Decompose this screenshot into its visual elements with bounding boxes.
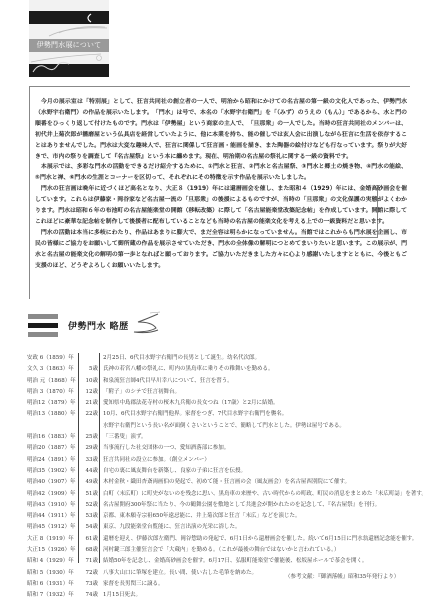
age: 5歳 <box>79 364 98 375</box>
timeline-row: 明治 3（1870）年12歳「附子」のシテで狂言初舞台。 <box>27 387 422 398</box>
timeline-row: 明治44（1911）年53歳京都、東本願寺宗祖650年遠忌能に、井上菊次郎と狂言… <box>27 511 422 522</box>
header-bar <box>28 332 58 337</box>
biography-timeline: 安政 6（1859）年2月25日、6代目水野宇右衛門の長男として誕生。幼名代次郎… <box>27 353 422 600</box>
timeline-row: 明治16（1883）年25歳「三番叟」演ず。 <box>27 432 422 443</box>
age: 29歳 <box>79 443 98 454</box>
era: 昭和 4（1929）年 <box>27 556 77 567</box>
era: 明治45（1912）年 <box>27 522 77 533</box>
age: 71歳 <box>79 556 98 567</box>
age: 25歳 <box>79 432 98 443</box>
event: 狂言共同社の設立に参加。（創立メンバー） <box>103 455 423 466</box>
section-header-badge: 伊勢門水展について <box>29 0 109 77</box>
frame-divider <box>29 86 174 88</box>
timeline-row: 明治12（1879）年21歳愛知県中島郡法花寺村の桜木九兵衛の長女つね（17歳）… <box>27 398 422 409</box>
timeline-row: 大正15（1926）年68歳河村鍵三郎主催狂言会で「大蔵内」を勤める。（これが最… <box>27 545 422 556</box>
era: 安政 6（1859）年 <box>27 353 77 364</box>
timeline-row: 明治40（1907）年49歳木村金秋・織田杏斎両画伯の発起で、初めて能・狂言画の… <box>27 477 422 488</box>
era: 明治16（1883）年 <box>27 432 77 443</box>
timeline-row: 文久 3（1863）年5歳氏神の若宮八幡の祭礼に、町内の黒鳥車に乗りその稚舞いを… <box>27 364 422 375</box>
era: 明治 元（1868）年 <box>27 376 77 387</box>
timeline-row: 明治20（1887）年29歳当事流行した社交団体の一つ、愛知酒落部に参加。 <box>27 443 422 454</box>
timeline-row: 昭和 4（1929）年71歳結婚50年を記念し、金婚高砂画会を催す。6月17日、… <box>27 556 422 567</box>
event: 木村金秋・織田杏斎両画伯の発起で、初めて能・狂言画の会（風友画会）を名古屋西別院… <box>103 477 423 488</box>
intro-text: 今月の展示室は「特別展」として、狂言共同社の創立者の一人で、明治から昭和にかけて… <box>35 97 407 272</box>
age: 33歳 <box>79 455 98 466</box>
timeline-row: 安政 6（1859）年2月25日、6代目水野宇右衛門の長男として誕生。幼名代次郎… <box>27 353 422 364</box>
age: 74歳 <box>79 590 98 600</box>
age: 52歳 <box>79 500 98 511</box>
age: 61歳 <box>79 534 98 545</box>
era: 昭和 6（1931）年 <box>27 579 77 590</box>
timeline-row: 昭和 6（1931）年73歳家督を長男閏三に譲る。 <box>27 579 422 590</box>
event: 愛知県中島郡法花寺村の桜木九兵衛の長女つね（17歳）と2月に結婚。 <box>103 398 423 409</box>
event: 自宅の裏に風友舞台を新築し、良家の子弟に狂言を伝授。 <box>103 466 423 477</box>
era: 昭和 5（1930）年 <box>27 568 77 579</box>
event: 結婚50年を記念し、金婚高砂画会を催す。6月17日、弘服町能楽堂で催能後、松坂屋… <box>103 556 423 567</box>
event: 2月25日、6代目水野宇右衛門の長男として誕生。幼名代次郎。 <box>103 353 423 364</box>
age: 10歳 <box>79 376 98 387</box>
era: 大正 8（1919）年 <box>27 534 77 545</box>
age: 54歳 <box>79 522 98 533</box>
era: 明治 3（1870）年 <box>27 387 77 398</box>
event: 氏神の若宮八幡の祭礼に、町内の黒鳥車に乗りその稚舞いを勤める。 <box>103 364 423 375</box>
event: 白町（末広町）に町史がないのを残念に思い、黒鳥車の来歴や、古い時代からの町政、町… <box>103 489 423 500</box>
intro-paragraph: 今月の展示室は「特別展」として、狂言共同社の創立者の一人で、明治から昭和にかけて… <box>35 97 407 162</box>
era: 明治44（1911）年 <box>27 511 77 522</box>
intro-paragraph: 本展示では、多彩な門水の活動をできるだけ紹介するために、①門水と狂言、②門水と名… <box>35 162 407 184</box>
age: 22歳 <box>79 409 98 420</box>
age: 73歳 <box>79 579 98 590</box>
age: 49歳 <box>79 477 98 488</box>
timeline-row: 明治42（1909）年51歳白町（末広町）に町史がないのを残念に思い、黒鳥車の来… <box>27 489 422 500</box>
era: 明治40（1907）年 <box>27 477 77 488</box>
era: 明治13（1880）年 <box>27 409 77 420</box>
swirl-ornament-icon <box>128 310 178 340</box>
event: 「三番叟」演ず。 <box>103 432 423 443</box>
age: 72歳 <box>79 568 98 579</box>
biography-header: 伊勢門水 略歴 <box>28 312 228 342</box>
era: 明治20（1887）年 <box>27 443 77 454</box>
era: 大正15（1926）年 <box>27 545 77 556</box>
biography-title: 伊勢門水 略歴 <box>68 319 129 332</box>
wave-ornament-icon <box>29 0 109 77</box>
event: 「附子」のシテで狂言初舞台。 <box>103 387 423 398</box>
timeline-row: 昭和 7（1932）年74歳1月15日死去。 <box>27 590 422 600</box>
era: 昭和 7（1932）年 <box>27 590 77 600</box>
timeline-row: 水野宇右衛門という長い名が面倒くさいということで、簡略して門水とした。伊勢は屋号… <box>27 421 422 432</box>
intro-paragraph: 門水の狂言画は晩年に近づくほど高名となり、大正８（1919）年には還暦画会を催し… <box>35 184 407 228</box>
event: 当事流行した社交団体の一つ、愛知酒落部に参加。 <box>103 443 423 454</box>
event: 名古屋開府300年祭に当たり、今の鶴舞公園を敷地として共進会が開かれたのを記念し… <box>103 500 423 511</box>
timeline-row: 明治45（1912）年54歳東京、九段能楽堂台覧能に、狂言出演の光栄に浴した。 <box>27 522 422 533</box>
timeline-row: 大正 8（1919）年61歳還暦を迎え、伊藤次郎左衛門、岡谷惣助の発起で、6月1… <box>27 534 422 545</box>
event: 1月15日死去。 <box>103 590 423 600</box>
era: 明治12（1879）年 <box>27 398 77 409</box>
event: 家督を長男閏三に譲る。 <box>103 579 423 590</box>
era: 明治43（1910）年 <box>27 500 77 511</box>
timeline-row: 明治24（1891）年33歳狂言共同社の設立に参加。（創立メンバー） <box>27 455 422 466</box>
event: 東京、九段能楽堂台覧能に、狂言出演の光栄に浴した。 <box>103 522 423 533</box>
age: 51歳 <box>79 489 98 500</box>
era: 明治24（1891）年 <box>27 455 77 466</box>
timeline-row: 明治35（1902）年44歳自宅の裏に風友舞台を新築し、良家の子弟に狂言を伝授。 <box>27 466 422 477</box>
age: 12歳 <box>79 387 98 398</box>
reference-note: （参考文献：『御酒落帳』昭和35年発行より） <box>285 572 399 580</box>
intro-paragraph: 門水の活動は本当に多岐にわたり、作品はあまりに膨大で、まだ全容は明らかになってい… <box>35 228 407 272</box>
age: 68歳 <box>79 545 98 556</box>
age: 44歳 <box>79 466 98 477</box>
timeline-row: 明治 元（1868）年10歳和泉流狂言師4代目早川幸八について、狂言を習う。 <box>27 376 422 387</box>
header-bar <box>28 323 58 328</box>
event: 京都、東本願寺宗祖650年遠忌能に、井上菊次郎と狂言「末広」などを演じた。 <box>103 511 423 522</box>
era: 明治35（1902）年 <box>27 466 77 477</box>
era: 明治42（1909）年 <box>27 489 77 500</box>
event: 河村鍵三郎主催狂言会で「大蔵内」を勤める。（これが最後の舞台ではないかと言われて… <box>103 545 423 556</box>
event: 和泉流狂言師4代目早川幸八について、狂言を習う。 <box>103 376 423 387</box>
timeline-row: 明治43（1910）年52歳名古屋開府300年祭に当たり、今の鶴舞公園を敷地とし… <box>27 500 422 511</box>
header-bar <box>28 314 58 319</box>
event: 還暦を迎え、伊藤次郎左衛門、岡谷惣助の発起で、6月1日から還暦画会を催した。続い… <box>103 534 423 545</box>
event: 10月、6代目水野宇右衛門他界。家督をつぎ、7代目水野宇右衛門を襲名。 <box>103 409 423 420</box>
age: 53歳 <box>79 511 98 522</box>
era: 文久 3（1863）年 <box>27 364 77 375</box>
age: 21歳 <box>79 398 98 409</box>
event: 水野宇右衛門という長い名が面倒くさいということで、簡略して門水とした。伊勢は屋号… <box>103 421 423 432</box>
timeline-row: 明治13（1880）年22歳10月、6代目水野宇右衛門他界。家督をつぎ、7代目水… <box>27 409 422 420</box>
